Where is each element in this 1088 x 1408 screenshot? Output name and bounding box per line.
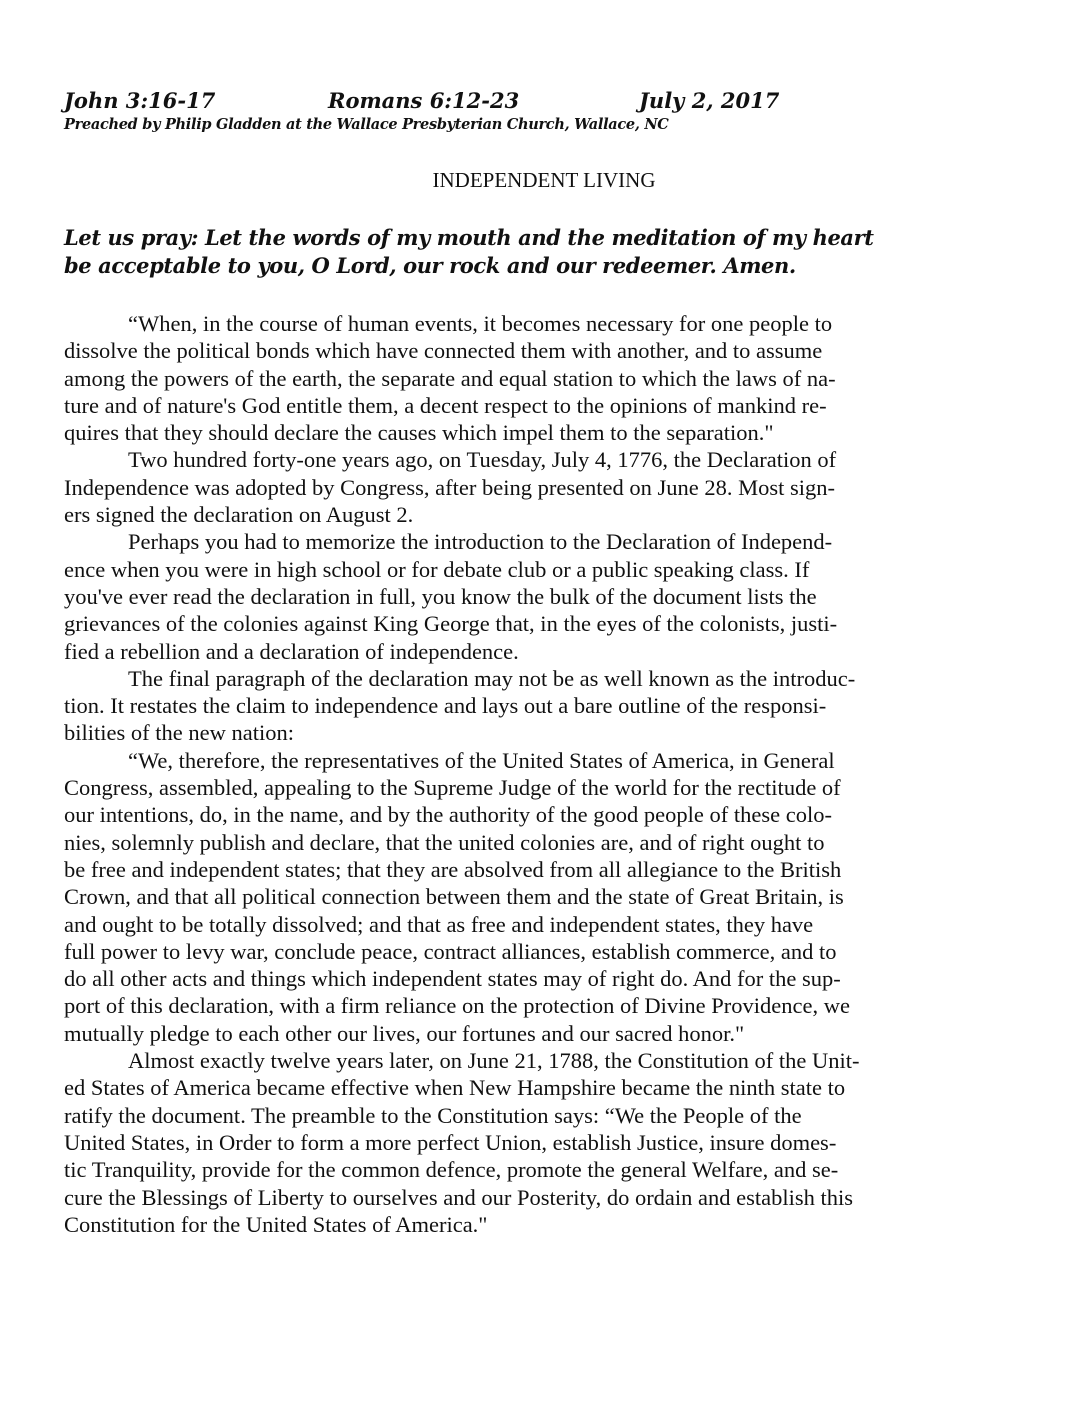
body-line: bilities of the new nation:	[64, 719, 1024, 746]
body-line: Congress, assembled, appealing to the Su…	[64, 774, 1024, 801]
body-line: The final paragraph of the declaration m…	[64, 665, 1024, 692]
body-line: Crown, and that all political connection…	[64, 883, 1024, 910]
body-line: dissolve the political bonds which have …	[64, 337, 1024, 364]
prayer-line: be acceptable to you, O Lord, our rock a…	[64, 252, 874, 280]
body-line: our intentions, do, in the name, and by …	[64, 801, 1024, 828]
sermon-date: July 2, 2017	[639, 88, 779, 113]
sermon-body: “When, in the course of human events, it…	[64, 310, 1024, 1238]
body-line: quires that they should declare the caus…	[64, 419, 1024, 446]
body-line: tion. It restates the claim to independe…	[64, 692, 1024, 719]
body-line: “We, therefore, the representatives of t…	[64, 747, 1024, 774]
body-line: ed States of America became effective wh…	[64, 1074, 1024, 1101]
body-line: ence when you were in high school or for…	[64, 556, 1024, 583]
body-line: fied a rebellion and a declaration of in…	[64, 638, 1024, 665]
body-line: nies, solemnly publish and declare, that…	[64, 829, 1024, 856]
body-line: mutually pledge to each other our lives,…	[64, 1020, 1024, 1047]
body-line: “When, in the course of human events, it…	[64, 310, 1024, 337]
body-line: Almost exactly twelve years later, on Ju…	[64, 1047, 1024, 1074]
body-line: and ought to be totally dissolved; and t…	[64, 911, 1024, 938]
body-line: Perhaps you had to memorize the introduc…	[64, 528, 1024, 555]
preached-by-line: Preached by Philip Gladden at the Wallac…	[64, 116, 669, 133]
prayer-line: Let us pray: Let the words of my mouth a…	[64, 224, 874, 252]
body-line: ture and of nature's God entitle them, a…	[64, 392, 1024, 419]
body-line: grievances of the colonies against King …	[64, 610, 1024, 637]
body-line: Independence was adopted by Congress, af…	[64, 474, 1024, 501]
body-line: Two hundred forty-one years ago, on Tues…	[64, 446, 1024, 473]
sermon-title: INDEPENDENT LIVING	[0, 168, 1088, 193]
body-line: do all other acts and things which indep…	[64, 965, 1024, 992]
opening-prayer: Let us pray: Let the words of my mouth a…	[64, 224, 874, 280]
body-line: port of this declaration, with a firm re…	[64, 992, 1024, 1019]
reading-romans: Romans 6:12-23	[328, 88, 519, 113]
body-line: full power to levy war, conclude peace, …	[64, 938, 1024, 965]
body-line: tic Tranquility, provide for the common …	[64, 1156, 1024, 1183]
body-line: ers signed the declaration on August 2.	[64, 501, 1024, 528]
body-line: United States, in Order to form a more p…	[64, 1129, 1024, 1156]
reading-john: John 3:16-17	[64, 88, 215, 113]
body-line: ratify the document. The preamble to the…	[64, 1102, 1024, 1129]
body-line: among the powers of the earth, the separ…	[64, 365, 1024, 392]
body-line: be free and independent states; that the…	[64, 856, 1024, 883]
body-line: cure the Blessings of Liberty to ourselv…	[64, 1184, 1024, 1211]
body-line: Constitution for the United States of Am…	[64, 1211, 1024, 1238]
body-line: you've ever read the declaration in full…	[64, 583, 1024, 610]
scripture-references: John 3:16-17 Romans 6:12-23 July 2, 2017	[64, 88, 964, 114]
